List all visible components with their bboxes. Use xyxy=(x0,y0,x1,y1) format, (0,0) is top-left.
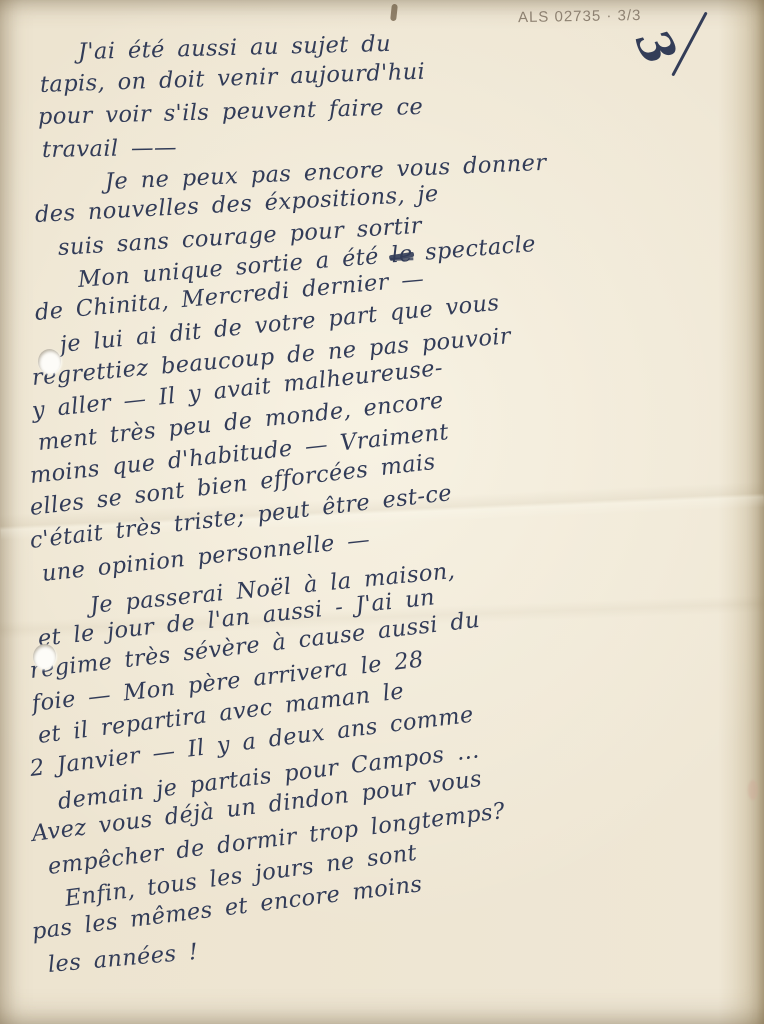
letter-page: ALS 02735 · 3/3 3 J'ai été aussi au suje… xyxy=(0,0,764,1024)
letter-body: J'ai été aussi au sujet du tapis, on doi… xyxy=(30,36,764,981)
ink-stain xyxy=(390,4,398,22)
punch-hole-top xyxy=(38,349,61,374)
